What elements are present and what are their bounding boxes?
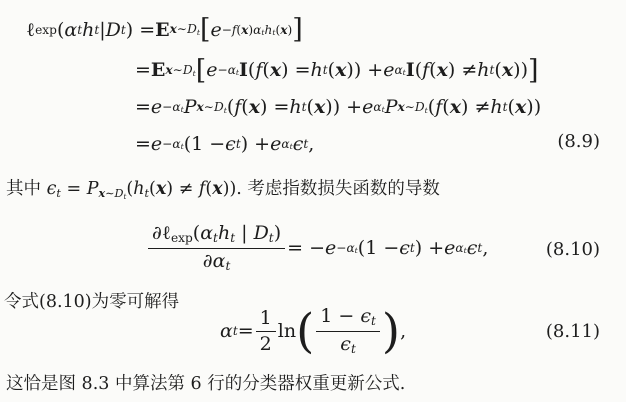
equation-number-8-10: (8.10) — [546, 239, 600, 260]
equation-8-10: ∂ℓexp(αtht | Dt)∂αt = −e−αt(1 − ϵt) + eα… — [146, 222, 488, 274]
equation-8-9-line-2: = Ex∼Dt [e−αtI (f (x) = ht (x)) + eαtI (… — [135, 52, 541, 89]
equation-8-11: αt = 12 ln (1 − ϵtϵt) , — [220, 303, 406, 359]
text-epsilon-definition: 其中 ϵt = Px∼Dt(ht(x) ≠ f(x)). 考虑指数损失函数的导数 — [6, 175, 440, 201]
equation-number-8-9: (8.9) — [557, 131, 600, 152]
scanned-textbook-page: ℓexp (αtht | Dt) = Ex∼Dt [e−f(x)αtht(x)]… — [0, 0, 626, 402]
equation-8-9-line-1: ℓexp (αtht | Dt) = Ex∼Dt [e−f(x)αtht(x)] — [26, 8, 541, 52]
equation-8-9-line-3: = e−αtPx∼Dt (f (x) = ht (x)) + eαtPx∼Dt … — [135, 89, 541, 126]
text-conclusion: 这恰是图 8.3 中算法第 6 行的分类器权重更新公式. — [6, 370, 405, 395]
equation-8-9: ℓexp (αtht | Dt) = Ex∼Dt [e−f(x)αtht(x)]… — [26, 8, 541, 163]
equation-number-8-11: (8.11) — [546, 321, 600, 342]
text-set-to-zero: 令式(8.10)为零可解得 — [4, 288, 179, 313]
equation-8-9-line-4: = e−αt (1 − ϵt) + eαtϵt , — [135, 126, 541, 163]
